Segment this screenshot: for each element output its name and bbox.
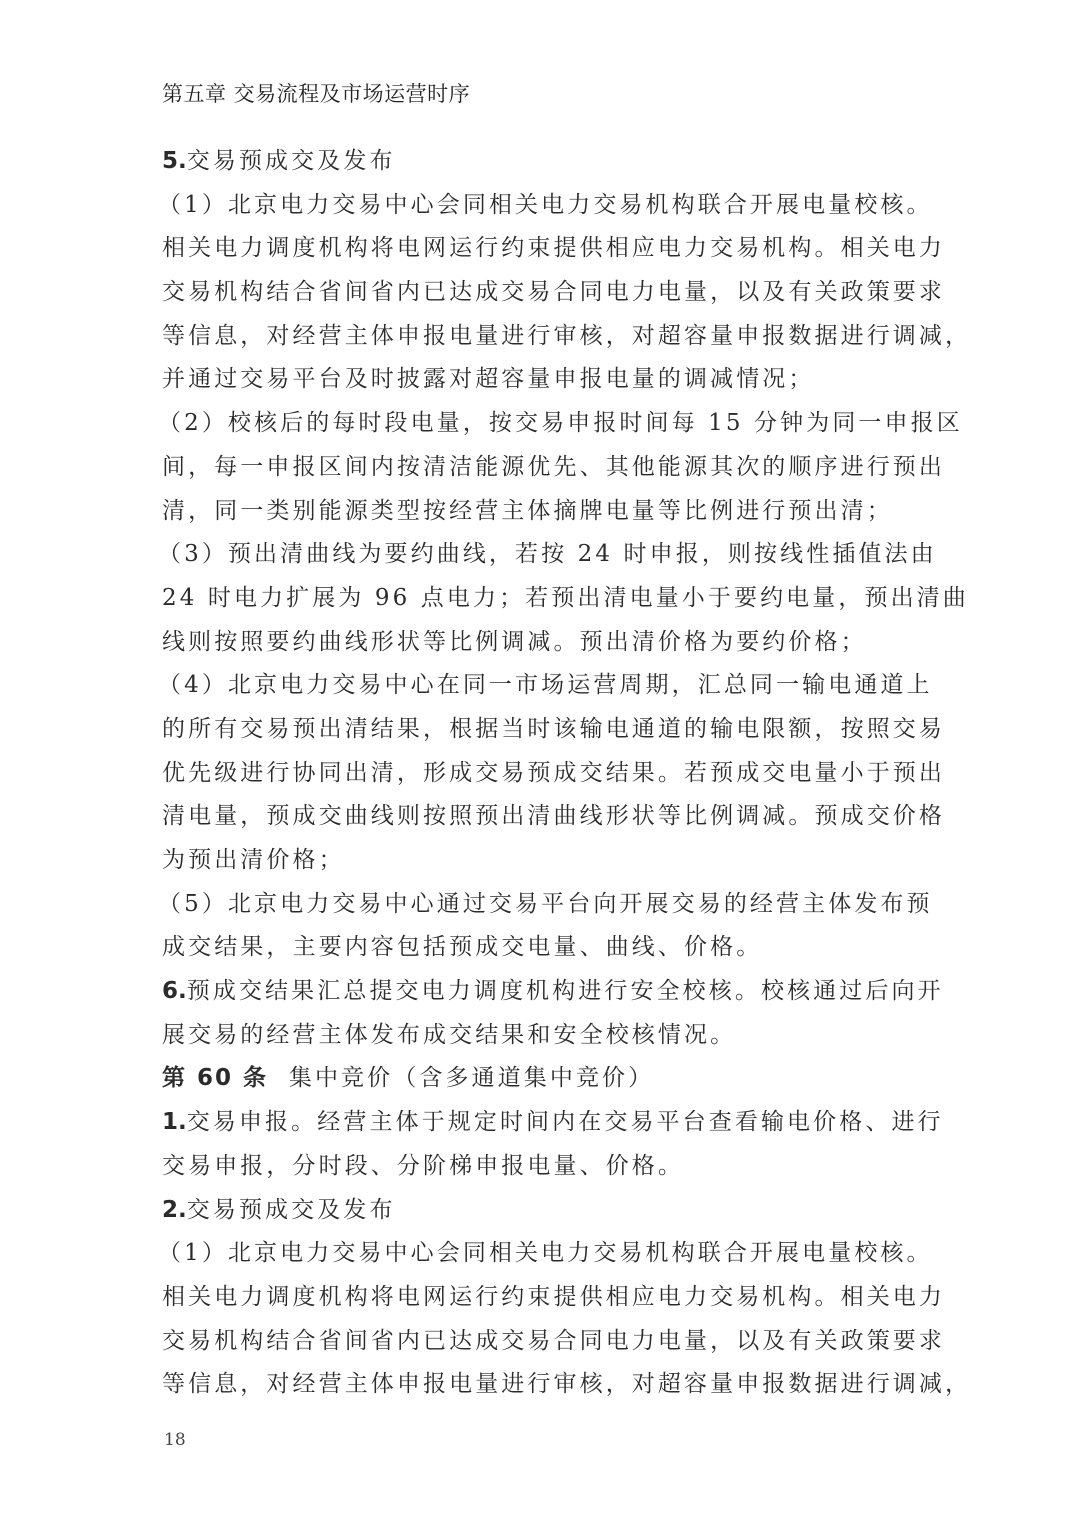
section-text: 预成交结果汇总提交电力调度机构进行安全校核。校核通过后向开 <box>187 978 944 1004</box>
document-page: 第五章 交易流程及市场运营时序 5.交易预成交及发布 （1）北京电力交易中心会同… <box>0 0 1080 1527</box>
paragraph-line: 清，同一类别能源类型按经营主体摘牌电量等比例进行预出清； <box>162 490 922 534</box>
paragraph-line: 清电量，预成交曲线则按照预出清曲线形状等比例调减。预成交价格 <box>162 795 922 839</box>
section-5-heading: 5.交易预成交及发布 <box>162 140 922 184</box>
paragraph-line: （1）北京电力交易中心会同相关电力交易机构联合开展电量校核。 <box>158 1232 922 1276</box>
section-number: 5. <box>162 148 187 174</box>
paragraph-line: 线则按照要约曲线形状等比例调减。预出清价格为要约价格； <box>162 621 922 665</box>
paragraph-line: （2）校核后的每时段电量，按交易申报时间每 15 分钟为同一申报区 <box>158 402 922 446</box>
article-label: 第 60 条 <box>162 1065 268 1091</box>
paragraph-line: 展交易的经营主体发布成交结果和安全校核情况。 <box>162 1014 922 1058</box>
paragraph-line: 交易机构结合省间省内已达成交易合同电力电量，以及有关政策要求 <box>162 271 922 315</box>
item-title: 交易预成交及发布 <box>187 1197 396 1223</box>
paragraph-line: 并通过交易平台及时披露对超容量申报电量的调减情况； <box>162 358 922 402</box>
paragraph-line: 等信息，对经营主体申报电量进行审核，对超容量申报数据进行调减， <box>162 315 922 359</box>
paragraph-line: 间，每一申报区间内按清洁能源优先、其他能源其次的顺序进行预出 <box>162 446 922 490</box>
article-title: 集中竞价（含多通道集中竞价） <box>289 1065 654 1091</box>
paragraph-line: 优先级进行协同出清，形成交易预成交结果。若预成交电量小于预出 <box>162 752 922 796</box>
chapter-header: 第五章 交易流程及市场运营时序 <box>162 78 470 108</box>
paragraph-line: 交易申报，分时段、分阶梯申报电量、价格。 <box>162 1145 922 1189</box>
paragraph-line: （1）北京电力交易中心会同相关电力交易机构联合开展电量校核。 <box>158 184 922 228</box>
paragraph-line: 的所有交易预出清结果，根据当时该输电通道的输电限额，按照交易 <box>162 708 922 752</box>
paragraph-line: （5）北京电力交易中心通过交易平台向开展交易的经营主体发布预 <box>158 883 922 927</box>
item-number: 2. <box>162 1197 187 1223</box>
paragraph-line: （4）北京电力交易中心在同一市场运营周期，汇总同一输电通道上 <box>158 664 922 708</box>
paragraph-line: 相关电力调度机构将电网运行约束提供相应电力交易机构。相关电力 <box>162 227 922 271</box>
item-text: 交易申报。经营主体于规定时间内在交易平台查看输电价格、进行 <box>187 1109 944 1135</box>
section-title: 交易预成交及发布 <box>187 148 396 174</box>
item-1-line: 1.交易申报。经营主体于规定时间内在交易平台查看输电价格、进行 <box>162 1101 922 1145</box>
item-number: 1. <box>162 1109 187 1135</box>
item-2-heading: 2.交易预成交及发布 <box>162 1189 922 1233</box>
page-number: 18 <box>164 1430 186 1450</box>
paragraph-line: 相关电力调度机构将电网运行约束提供相应电力交易机构。相关电力 <box>162 1276 922 1320</box>
paragraph-line: 交易机构结合省间省内已达成交易合同电力电量，以及有关政策要求 <box>162 1320 922 1364</box>
section-6-line: 6.预成交结果汇总提交电力调度机构进行安全校核。校核通过后向开 <box>162 970 922 1014</box>
document-body: 5.交易预成交及发布 （1）北京电力交易中心会同相关电力交易机构联合开展电量校核… <box>162 140 922 1407</box>
paragraph-line: 24 时电力扩展为 96 点电力；若预出清电量小于要约电量，预出清曲 <box>162 577 922 621</box>
paragraph-line: （3）预出清曲线为要约曲线，若按 24 时申报，则按线性插值法由 <box>158 533 922 577</box>
paragraph-line: 等信息，对经营主体申报电量进行审核，对超容量申报数据进行调减， <box>162 1363 922 1407</box>
article-60-heading: 第 60 条 集中竞价（含多通道集中竞价） <box>162 1057 922 1101</box>
paragraph-line: 为预出清价格； <box>162 839 922 883</box>
paragraph-line: 成交结果，主要内容包括预成交电量、曲线、价格。 <box>162 926 922 970</box>
section-number: 6. <box>162 978 187 1004</box>
